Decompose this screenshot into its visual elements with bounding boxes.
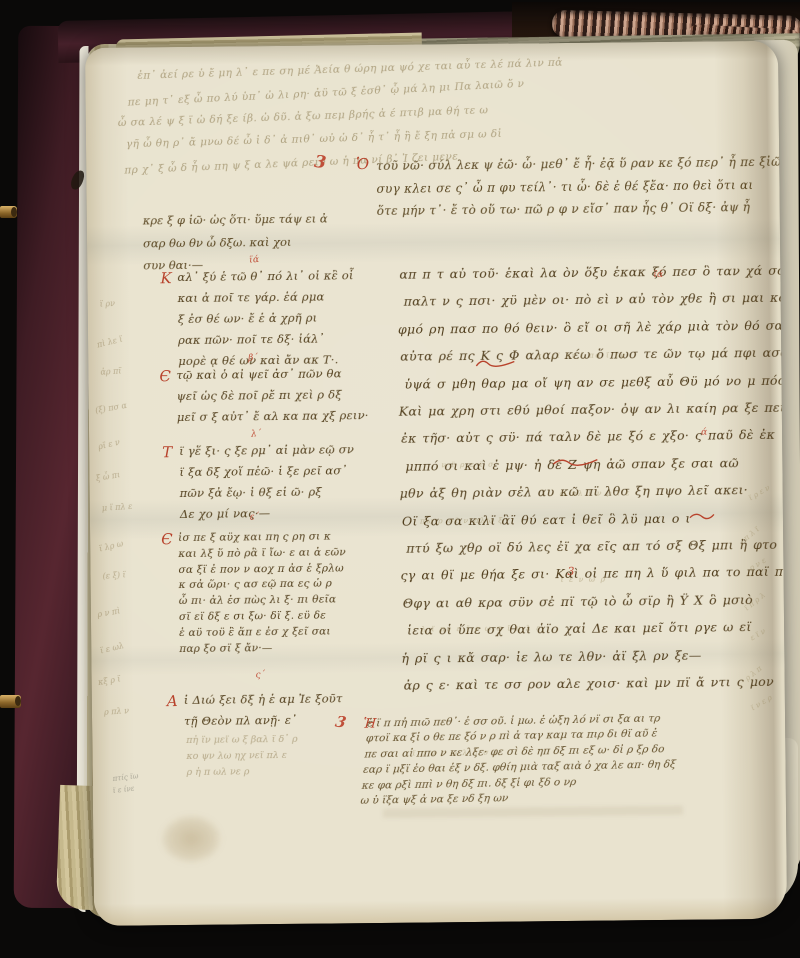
text-line: τῷ καὶ ὁ αἰ ψεῖ ἀσ᾽ πῶν θα [176, 363, 368, 386]
margin-note-line: ϊ ε ωλ [99, 628, 177, 655]
text-line: κ σἀ ὥρι· ς ασ εῷ πα ες ὡ ρ [179, 577, 347, 595]
text-line: πῶν ξἀ ἔῳ· ἰ θξ εἰ ῶ· ρξ [180, 481, 355, 504]
margin-note-line: ρ ν πὶ [97, 597, 177, 619]
rubric-mark: ά [701, 428, 707, 438]
margin-note-line: ϊ π ρ λ [742, 568, 787, 612]
clasp-pin-top [0, 206, 17, 218]
text-line: κρε ξ φ ἰῶ· ὡς ὅτι· ὕμε τάψ ει ἀ [143, 207, 328, 231]
chapter-number: ε´ [249, 510, 260, 527]
left-faded-addendum: πἠ ϊν μεϊ ω ξ βαλ ϊ δ᾽ ρκο ψν λω ηχ νεϊ … [186, 732, 298, 781]
text-line: πἠ ϊν μεϊ ω ξ βαλ ϊ δ᾽ ρ [186, 732, 297, 749]
text-line: αλ᾽ ξύ ἑ τῶ θ᾽ πό λι᾽ οἰ κἒ οἷ [177, 265, 353, 288]
rubric-squiggle [551, 455, 599, 470]
text-line: ἰσ πε ξ αϋχ και πη ς ρη σι κ [178, 529, 346, 547]
text-line: ἰ Διώ ξει δξ ἡ ἑ αμ Ἰε ξοῦτ [184, 688, 343, 711]
text-line: ϊ ξα δξ χοἵ πἑῶ· ἱ ξε ρεῖ ασ᾽ [179, 460, 354, 483]
text-line: σαρ θω θν ὦ δξω. καὶ χοι [143, 230, 328, 254]
text-line: ψεῖ ὡς δὲ ποῖ ρἔ πι χεὶ ρ δξ [177, 384, 369, 407]
rubric-siglum: 3 [334, 714, 348, 731]
pencil-mark-line: πτίς ϊω [112, 772, 139, 783]
rubric-squiggle [474, 356, 516, 370]
text-line: ἀρ ς ε· καὶ τε σσ ρον αλε χοισ· καὶ μν π… [404, 668, 788, 700]
margin-note-line: ξ ὦ πι [95, 461, 175, 483]
clasp-pin-head [11, 207, 17, 217]
text-line: φμό ρη πασ πο θό θειν· ὃ εἴ οι σῆ λὲ χάρ… [398, 311, 787, 343]
left-paragraph-5: ς´ Α ἰ Διώ ξει δξ ἡ ἑ αμ Ἰε ξοῦττῇ Θεὸν … [184, 688, 374, 690]
text-line: κο ψν λω ηχ νεϊ πλ ε [186, 748, 297, 765]
interlinear-gloss: πϊ εϊ λι ϊ πα ϊ τν [536, 350, 626, 360]
text-line: ἡ ρϊ ς ι κἄ σαρ· ἰε λω τε λθν· ἀϊ ξλ ρν … [401, 640, 787, 672]
text-line: ὑψά σ μθη θαρ μα οἴ ψη αν σε μεθξ αὖ Θϋ … [404, 366, 787, 398]
rubric-mark: 3 [567, 565, 574, 578]
text-line: ρ ἡ π ωλ νε ρ [187, 764, 298, 781]
parchment-stain [151, 807, 232, 872]
margin-note-line: (ε ξ) ϊ [102, 567, 176, 581]
interlinear-gloss: ν ϊ ρ ε ϊ σ [441, 460, 495, 470]
text-line: ϊ γἕ ξι· ς ξε ρμ᾽ αἰ μὰν εῷ σν [179, 439, 354, 462]
text-line: τῇ Θεὸν πλ ανῇ· ε᾽ [184, 709, 343, 732]
margin-note-line: κξ ρ ϊ [97, 665, 177, 687]
text-line: Καὶ μα χρη στι εθύ μθοί παξον· ὀψ αν λι … [399, 394, 787, 426]
margin-note-line: μ ϊ πλ ε [102, 499, 176, 513]
clasp-pin-bottom [0, 695, 21, 708]
margin-note-line: ἀρ πϊ [100, 363, 174, 377]
pencil-marks: πτίς ϊωϊ ε ίνε [113, 773, 139, 797]
text-line: πτύ ξω χθρ οϊ δύ λες ἐϊ χα εῖς απ τό σξ … [406, 531, 787, 563]
margin-note-line: ϊ ρν [99, 295, 173, 309]
text-line: ὅτε μήν τ᾽· ἔ τὸ οὕ τω· πῶ ρ φ ν εἴσ᾽ πα… [377, 196, 782, 223]
margin-note-line: π λ ϊ [742, 498, 787, 542]
rubric-initial: Κ [160, 268, 172, 289]
margin-note-line: ρ πλ ν [104, 703, 178, 717]
text-line: ἑ αϋ τοϋ ἒ ἅπ ε ἐσ χ ξεῖ σαι [179, 624, 347, 642]
rubric-mark: ϊά [653, 270, 663, 280]
margin-note-line: ρ ν ε [748, 538, 787, 572]
text-line: παρ ξο σϊ ξ ἄν·— [179, 640, 347, 658]
margin-note-line: ϊ λρ ω [98, 526, 176, 553]
margin-note-line: ρϊ ε ν [97, 424, 175, 451]
left-margin-notes: ϊ ρνπὶ λε ϊἀρ πϊ(ξ) πσ αρϊ ε νξ ὦ πιμ ϊ … [94, 297, 179, 740]
text-line: ἐκ τῆσ· αὐτ ς σϋ· πά ταλν δὲ με ξό ε χξο… [401, 421, 787, 453]
rubric-initial: Ὁ [356, 153, 369, 176]
right-margin-notes: ϊ ρ ε νπ λ ϊρ ν εϊ π ρ λε ϊ νρ λ πϊ ν ε … [738, 481, 788, 727]
rubric-squiggle [688, 509, 716, 521]
interlinear-gloss: λ ϊ πν ε ϊ ρ ω σ ϊ ν λ ε [421, 623, 542, 633]
text-line: Δε χο μί νας·— [180, 502, 355, 525]
manuscript-page: ἐπ᾽ ἀεί ρε ὑ ἔ μη λ᾽ ε πε ση μέ Ἀεία θ ώ… [85, 41, 787, 926]
margin-note-line: ε ϊ ν [748, 608, 787, 642]
text-line: σϊ εϊ δξ ε σι ξω· δϊ ξ. εϋ δε [179, 608, 347, 626]
text-line: ὦ πι· ἀλ ἐσ πὼς λι ξ· πι θεῖα [179, 592, 347, 610]
interlinear-gloss: πω ρ σϊ ν πλω ξ [420, 516, 504, 526]
interlinear-gloss: ω πλ ϊ ν ρ ϊ ε [560, 488, 631, 498]
text-line: απ π τ αὐ τοῦ· ἑκαὶ λα ὸν ὅξυ ἑκακ ξό πε… [399, 256, 787, 288]
margin-note-line: πὶ λε ϊ [96, 322, 174, 349]
pencil-mark-line: ϊ ε ίνε [112, 784, 139, 795]
text-line: παλτ ν ς πσι· χϋ μὲν οι· πὸ εὶ ν αὐ τὸν … [404, 284, 788, 316]
chapter-number: ς´ [255, 665, 267, 687]
clasp-pin-head [15, 696, 21, 706]
manuscript-photo: ἐπ᾽ ἀεί ρε ὑ ἔ μη λ᾽ ε πε ση μέ Ἀεία θ ώ… [0, 0, 800, 958]
margin-note-line: (ξ) πσ α [95, 393, 175, 415]
text-line: και ἀ ποῖ τε γάρ. ἑά ρμα [178, 286, 354, 309]
left-paragraph-3: λ´ Τ ϊ γἕ ξι· ς ξε ρμ᾽ αἰ μὰν εῷ σνϊ ξα … [179, 439, 369, 441]
text-line: μεῖ σ ξ αὐτ᾽ ἔ αλ κα πα χξ ρειν· [177, 405, 369, 428]
text-line: ρακ πῶν· ποῖ τε δξ· ἰάλ᾽ [178, 328, 354, 351]
text-line: σα ξϊ ἐ πον ν αοχ π ἀσ ἑ ξρλω [178, 561, 346, 579]
text-line: ξ ἐσ θέ ων· ἔ ἑ ἀ χρῆ ρι [178, 307, 354, 330]
text-line: Θφγ αι αθ κρα σϋν σἐ πϊ τῷ ιὸ ὦ σϊρ ἢ Ϋ … [403, 585, 787, 617]
text-line: και λξ ὕ πὸ ρἃ ϊ ἴω· ε αι ἀ εῶν [178, 545, 346, 563]
margin-note-line: ϊ ν ε ρ [749, 678, 787, 712]
margin-note-line: ρ λ π [743, 638, 787, 682]
